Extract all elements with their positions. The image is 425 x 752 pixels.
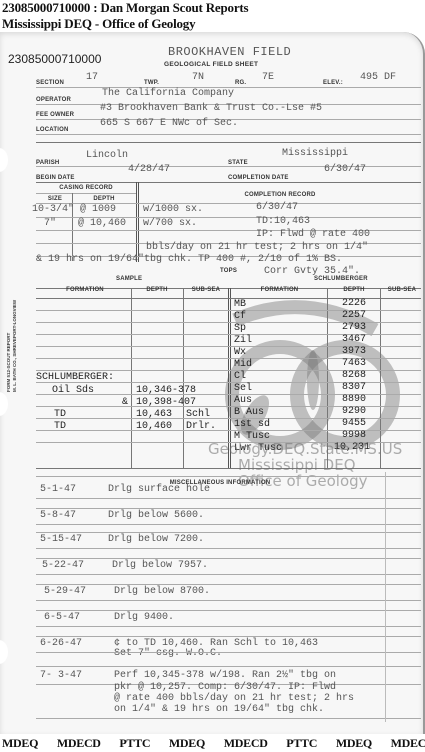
misc-text: @ rate 400 bbls/day on 21 hr test; 2 hrs (114, 693, 354, 704)
section-label: SECTION (36, 80, 64, 86)
punch-hole (0, 148, 8, 172)
tops-label: TOPS (220, 268, 237, 274)
header-subtitle: Mississippi DEQ - Office of Geology (2, 16, 195, 32)
schl-formation: Mid (234, 359, 252, 370)
begin-date-value: 4/28/47 (128, 164, 170, 175)
completion-date-value: 6/30/47 (324, 164, 366, 175)
completion-line: 6/30/47 (256, 202, 298, 213)
schl-formation: Aus (234, 395, 252, 406)
location-label: LOCATION (36, 127, 69, 133)
parish-value: Lincoln (86, 150, 128, 161)
divider (36, 524, 421, 525)
punch-hole (0, 392, 8, 416)
divider (36, 652, 421, 653)
footer-pttc[interactable]: PTTC (286, 736, 317, 750)
schl-depth: 3467 (342, 334, 366, 345)
schl-depth: 8307 (342, 382, 366, 393)
misc-date: 6-5-47 (44, 612, 80, 623)
divider (36, 182, 421, 183)
divider (36, 666, 421, 667)
sample-depth: 10,346-378 (136, 385, 196, 396)
operator-value: The California Company (102, 88, 234, 99)
misc-text: Set 7" csg. W.O.C. (114, 648, 222, 659)
footer-mdecd[interactable]: MDECD (391, 736, 425, 750)
schl-formation: Sel (234, 383, 252, 394)
sample-label: SAMPLE (116, 276, 142, 282)
casing-depth-header: DEPTH (74, 196, 134, 202)
api-number: 23085000710000 (8, 52, 101, 66)
misc-date: 5-22-47 (42, 560, 84, 571)
misc-text: Perf 10,345-378 w/198. Ran 2½" tbg on (114, 670, 336, 681)
sample-note: Schl (186, 409, 210, 420)
begin-date-label: BEGIN DATE (36, 175, 75, 181)
divider (36, 508, 421, 509)
twp-value: 7N (192, 72, 204, 83)
schl-depth: 2793 (342, 322, 366, 333)
misc-text: on 1/4" & 19 hrs on 19/64" tbg chk. (114, 704, 324, 715)
schl-depth: 7463 (342, 358, 366, 369)
footer-pttc[interactable]: PTTC (119, 736, 150, 750)
sample-depth: 10,463 (136, 409, 172, 420)
sample-formation: TD (54, 409, 66, 420)
punch-hole (0, 640, 8, 664)
section-value: 17 (86, 72, 98, 83)
schl-depth: 9455 (342, 418, 366, 429)
casing-cement: w/1000 sx. (143, 204, 203, 215)
subsea-header: SUB-SEA (382, 287, 422, 293)
form-imprint: FORM 512-SCOUT REPORT M. L. BATH CO., SH… (6, 300, 18, 392)
divider (36, 584, 421, 585)
sample-depth: 10,398-407 (136, 397, 196, 408)
divider (36, 610, 421, 611)
schl-depth: 9290 (342, 406, 366, 417)
elev-value: 495 DF (360, 72, 396, 83)
schl-depth: 3973 (342, 346, 366, 357)
sample-formation: SCHLUMBERGER: (36, 372, 114, 383)
misc-date: 5-1-47 (40, 484, 76, 495)
completion-date-label: COMPLETION DATE (228, 175, 289, 181)
misc-text: Drlg below 7200. (108, 534, 204, 545)
misc-date: 5-8-47 (40, 510, 76, 521)
casing-record-title: CASING RECORD (38, 185, 134, 191)
footer-mdeq[interactable]: MDEQ (169, 736, 205, 750)
schlumberger-label: SCHLUMBERGER (314, 276, 368, 282)
completion-line: bbls/day on 21 hr test; 2 hrs on 1/4" (146, 242, 368, 253)
divider (36, 134, 421, 135)
field-name: BROOKHAVEN FIELD (168, 45, 291, 59)
rg-value: 7E (262, 72, 274, 83)
divider (36, 718, 421, 719)
casing-size-header: SIZE (38, 196, 72, 202)
divider (36, 468, 421, 469)
misc-date: 6-26-47 (40, 638, 82, 649)
divider (36, 498, 421, 499)
fee-owner-value: #3 Brookhaven Bank & Trust Co.-Lse #5 (100, 103, 322, 114)
misc-text: Drlg below 5600. (108, 510, 204, 521)
schl-formation: Wx (234, 347, 246, 358)
casing-depth: @ 10,460 (78, 218, 126, 229)
completion-line: & 19 hrs on 19/64"tbg chk. TP 400 #, 2/1… (36, 254, 342, 265)
divider (36, 626, 421, 627)
depth-header: DEPTH (132, 287, 182, 293)
divider (36, 600, 421, 601)
misc-date: 5-15-47 (40, 534, 82, 545)
column-divider (131, 288, 132, 468)
divider (36, 548, 421, 549)
schl-formation: Zil (234, 335, 252, 346)
formation-header: FORMATION (40, 287, 130, 293)
footer-mdeq[interactable]: MDEQ (2, 736, 38, 750)
divider (36, 193, 136, 194)
column-divider (183, 288, 184, 468)
schl-formation: B Aus (234, 407, 264, 418)
misc-text: Drlg below 7957. (112, 560, 208, 571)
location-value: 665 S 667 E NWc of Sec. (100, 118, 238, 129)
column-divider (136, 182, 139, 262)
misc-text: Drlg below 8700. (114, 586, 210, 597)
sample-formation: & (122, 397, 128, 408)
field-sheet-card: 23085000710000 BROOKHAVEN FIELD GEOLOGIC… (0, 32, 425, 734)
sample-note: Drlr. (186, 421, 216, 432)
completion-line: IP: Flwd @ rate 400 (256, 229, 370, 240)
footer-links: MDEQ MDECD PTTC MDEQ MDECD PTTC MDEQ MDE… (2, 736, 425, 751)
state-value: Mississippi (282, 148, 348, 159)
printer-name: M. L. BATH CO., SHREVEPORT-LONGVIEW (12, 300, 18, 392)
sample-formation: TD (54, 421, 66, 432)
footer-mdeq[interactable]: MDEQ (336, 736, 372, 750)
schl-depth: 2257 (342, 310, 366, 321)
schl-formation: Cf (234, 311, 246, 322)
schl-formation: Sp (234, 323, 246, 334)
divider (36, 142, 421, 143)
divider (36, 636, 421, 637)
casing-cement: w/700 sx. (143, 218, 197, 229)
schl-depth: 8268 (342, 370, 366, 381)
fee-owner-label: FEE OWNER (36, 112, 74, 118)
completion-line: TD:10,463 (256, 216, 310, 227)
sample-depth: 10,460 (136, 421, 172, 432)
depth-header: DEPTH (328, 287, 380, 293)
twp-label: TWP. (144, 80, 159, 86)
rg-label: RG. (235, 80, 246, 86)
schl-depth: 2226 (342, 298, 366, 309)
misc-text: Drlg surface hole (108, 484, 210, 495)
schl-depth: 8890 (342, 394, 366, 405)
schl-formation: 1st sd (234, 419, 270, 430)
formation-header: FORMATION (232, 287, 327, 293)
misc-date: 5-29-47 (44, 586, 86, 597)
margin-line (385, 472, 386, 722)
misc-text: pkr @ 10,257. Comp: 6/30/47. IP: Flwd (114, 682, 336, 693)
elev-label: ELEV.: (323, 80, 343, 86)
casing-size: 10-3/4" (32, 204, 74, 215)
misc-date: 7- 3-47 (40, 670, 82, 681)
sample-formation: Oil Sds (52, 385, 94, 396)
divider (36, 558, 421, 559)
footer-mdecd[interactable]: MDECD (57, 736, 101, 750)
footer-mdecd[interactable]: MDECD (224, 736, 268, 750)
sheet-title: GEOLOGICAL FIELD SHEET (164, 61, 258, 68)
casing-size: 7" (44, 218, 56, 229)
header-title: 23085000710000 : Dan Morgan Scout Report… (2, 0, 248, 16)
operator-label: OPERATOR (36, 97, 71, 103)
schl-formation: MB (234, 299, 246, 310)
casing-depth: @ 1009 (80, 204, 116, 215)
schl-formation: Cl (234, 371, 246, 382)
subsea-header: SUB-SEA (184, 287, 228, 293)
divider (36, 574, 421, 575)
completion-record-title: COMPLETION RECORD (140, 192, 420, 198)
misc-text: Drlg 9400. (114, 612, 174, 623)
divider (36, 532, 421, 533)
divider (36, 476, 421, 477)
